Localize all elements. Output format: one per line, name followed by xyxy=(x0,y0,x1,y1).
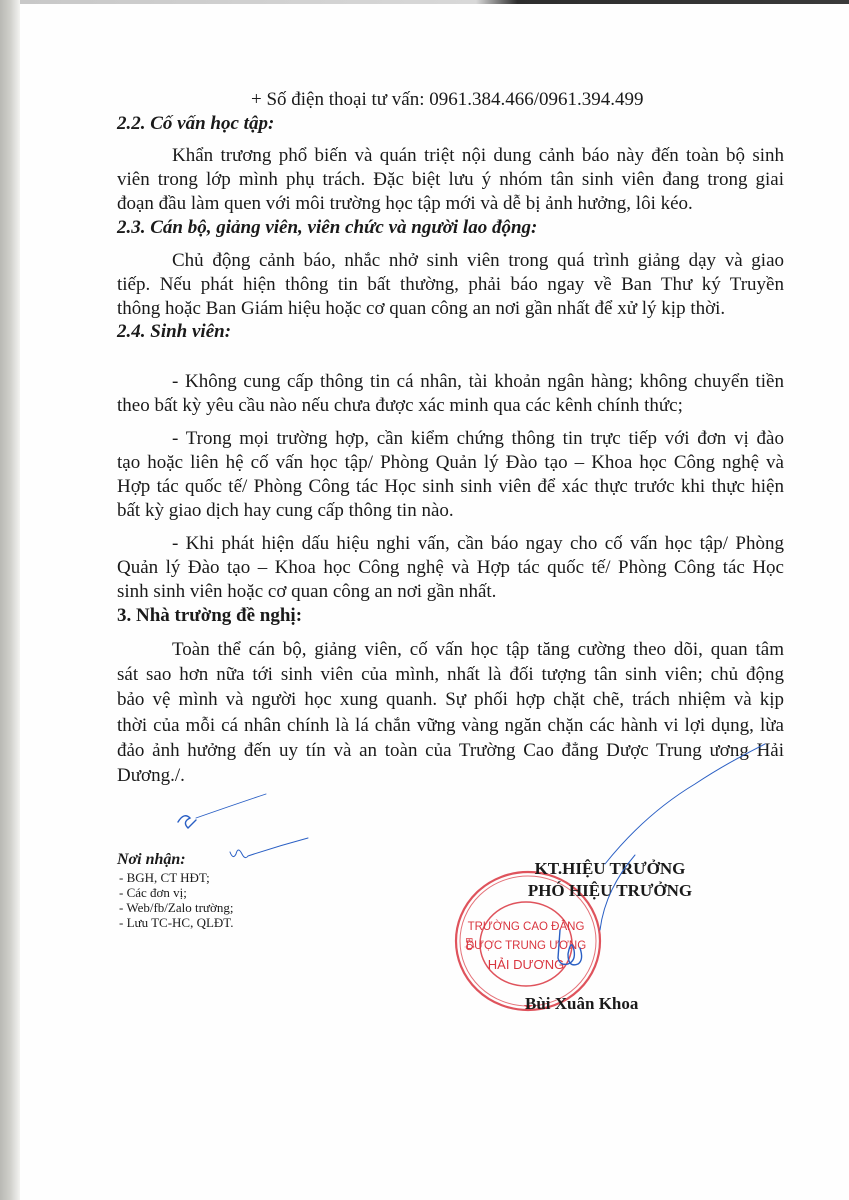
paragraph-line: bảo vệ mình và người học xung quanh. Sự … xyxy=(117,688,784,711)
svg-text:DƯỢC TRUNG ƯƠNG: DƯỢC TRUNG ƯƠNG xyxy=(466,940,586,952)
phone-line: + Số điện thoại tư vấn: 0961.384.466/096… xyxy=(251,88,644,111)
svg-text:TRƯỜNG CAO ĐẲNG: TRƯỜNG CAO ĐẲNG xyxy=(468,920,585,933)
paragraph-line: đoạn đầu làm quen với môi trường học tập… xyxy=(117,192,784,215)
recipients-block: Nơi nhận: - BGH, CT HĐT; - Các đơn vị; -… xyxy=(117,850,234,930)
paragraph-line: tạo hoặc liên hệ cố vấn học tập/ Phòng Q… xyxy=(117,451,784,474)
scan-left-edge xyxy=(0,0,20,1200)
svg-text:HẢI DƯƠNG: HẢI DƯƠNG xyxy=(488,957,564,972)
paragraph-line: Khẩn trương phổ biến và quán triệt nội d… xyxy=(117,144,784,167)
paragraph-line: viên trong lớp mình phụ trách. Đặc biệt … xyxy=(117,168,784,191)
section-heading-3: 3. Nhà trường đề nghị: xyxy=(117,604,784,627)
section-heading-2-2: 2.2. Cố vấn học tập: xyxy=(117,112,784,135)
paragraph-line: thông hoặc Ban Giám hiệu hoặc cơ quan cô… xyxy=(117,297,784,320)
paragraph-line: tiếp. Nếu phát hiện thông tin bất thường… xyxy=(117,273,784,296)
signature-title-2: PHÓ HIỆU TRƯỞNG xyxy=(500,880,720,902)
recipients-title: Nơi nhận: xyxy=(117,850,234,870)
paragraph-line: - Khi phát hiện dấu hiệu nghi vấn, cần b… xyxy=(117,532,784,555)
paragraph-line: Chủ động cảnh báo, nhắc nhở sinh viên tr… xyxy=(117,249,784,272)
section-heading-2-4: 2.4. Sinh viên: xyxy=(117,320,784,343)
paragraph-line: Dương./. xyxy=(117,764,784,787)
paragraph-line: sinh sinh viên hoặc cơ quan công an nơi … xyxy=(117,580,784,603)
paragraph-line: thời của mỗi cá nhân chính là lá chắn vữ… xyxy=(117,714,784,737)
svg-text:BỘ: BỘ xyxy=(464,937,474,950)
signer-name: Bùi Xuân Khoa xyxy=(525,994,638,1014)
paragraph-line: theo bất kỳ yêu cầu nào nếu chưa được xá… xyxy=(117,394,784,417)
recipient-item: - Lưu TC-HC, QLĐT. xyxy=(117,915,234,930)
paragraph-line: Quản lý Đào tạo – Khoa học Công nghệ và … xyxy=(117,556,784,579)
signature-block: KT.HIỆU TRƯỞNG PHÓ HIỆU TRƯỞNG xyxy=(500,858,720,902)
recipient-item: - Web/fb/Zalo trường; xyxy=(117,900,234,915)
paragraph-line: sát sao hơn nữa tới sinh viên của mình, … xyxy=(117,663,784,686)
recipient-item: - BGH, CT HĐT; xyxy=(117,870,234,885)
paragraph-line: đảo ảnh hưởng đến uy tín và an toàn của … xyxy=(117,739,784,762)
paragraph-line: - Không cung cấp thông tin cá nhân, tài … xyxy=(117,370,784,393)
recipient-item: - Các đơn vị; xyxy=(117,885,234,900)
paragraph-line: bất kỳ giao dịch hay cung cấp thông tin … xyxy=(117,499,784,522)
paragraph-line: - Trong mọi trường hợp, cần kiểm chứng t… xyxy=(117,427,784,450)
paragraph-line: Toàn thể cán bộ, giảng viên, cố vấn học … xyxy=(117,638,784,661)
paragraph-line: Hợp tác quốc tế/ Phòng Công tác Học sinh… xyxy=(117,475,784,498)
section-heading-2-3: 2.3. Cán bộ, giảng viên, viên chức và ng… xyxy=(117,216,784,239)
signature-title-1: KT.HIỆU TRƯỞNG xyxy=(500,858,720,880)
